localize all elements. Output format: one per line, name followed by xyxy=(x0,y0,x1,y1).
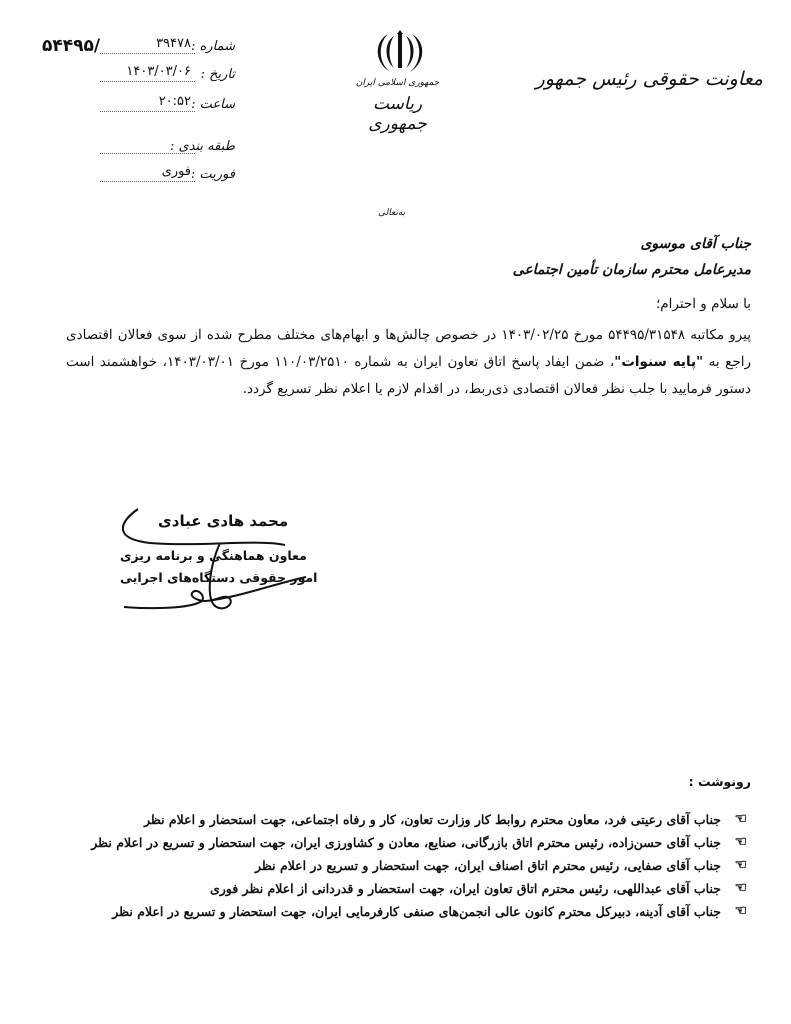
cc-list: ☜ جناب آقای رعیتی فرد، معاون محترم روابط… xyxy=(66,808,751,923)
cc-item: ☜ جناب آقای رعیتی فرد، معاون محترم روابط… xyxy=(66,808,751,831)
dotted-line xyxy=(100,53,195,54)
letter-body: پیرو مکاتبه ۵۴۴۹۵/۳۱۵۴۸ مورخ ۱۴۰۳/۰۲/۲۵ … xyxy=(66,322,751,403)
cc-item-text: جناب آقای صفایی، رئیس محترم اتاق اصناف ا… xyxy=(255,858,721,873)
addressee-name: جناب آقای موسوی xyxy=(640,236,751,252)
cc-item-text: جناب آقای آدینه، دبیرکل محترم کانون عالی… xyxy=(112,904,721,919)
cc-item: ☜ جناب آقای عبداللهی، رئیس محترم اتاق تع… xyxy=(66,877,751,900)
addressee-title: مدیرعامل محترم سازمان تأمین اجتماعی xyxy=(513,262,751,278)
meta-label: تاریخ : xyxy=(201,67,235,82)
emblem-caption-country: جمهوری اسلامی ایران xyxy=(350,78,445,88)
signatory-title-line1: معاون هماهنگی و برنامه ریزی xyxy=(120,548,307,563)
office-title: معاونت حقوقی رئیس جمهور xyxy=(536,68,763,90)
signatory-title-line2: امور حقوقی دستگاه‌های اجرایی xyxy=(120,570,317,585)
cc-item-text: جناب آقای حسن‌زاده، رئیس محترم اتاق بازر… xyxy=(91,835,721,850)
meta-label: شماره : xyxy=(191,39,235,54)
greeting: با سلام و احترام؛ xyxy=(656,296,751,312)
meta-time: ساعت : ۲۰:۵۲ xyxy=(100,92,235,114)
reference-number-suffix: ۵۴۴۹۵/ xyxy=(42,36,100,56)
meta-value: ۱۴۰۳/۰۳/۰۶ xyxy=(126,64,191,79)
cc-header: رونوشت : xyxy=(689,774,751,789)
dotted-line xyxy=(100,181,195,182)
hand-pointer-icon: ☜ xyxy=(734,900,747,923)
hand-pointer-icon: ☜ xyxy=(734,808,747,831)
meta-date: تاریخ : ۱۴۰۳/۰۳/۰۶ xyxy=(100,62,235,84)
cc-item: ☜ جناب آقای صفایی، رئیس محترم اتاق اصناف… xyxy=(66,854,751,877)
hand-pointer-icon: ☜ xyxy=(734,854,747,877)
cc-item-text: جناب آقای عبداللهی، رئیس محترم اتاق تعاو… xyxy=(210,881,721,896)
iran-emblem-icon xyxy=(370,28,430,74)
meta-value: فوری xyxy=(162,164,191,179)
meta-label: طبقه بندی : xyxy=(170,139,235,154)
meta-value: ۳۹۴۷۸ xyxy=(156,36,191,51)
dotted-line xyxy=(100,111,195,112)
hand-pointer-icon: ☜ xyxy=(734,831,747,854)
meta-label: ساعت : xyxy=(191,97,235,112)
meta-priority: فوریت : فوری xyxy=(100,162,235,184)
cc-item: ☜ جناب آقای حسن‌زاده، رئیس محترم اتاق با… xyxy=(66,831,751,854)
meta-classification: طبقه بندی : xyxy=(100,134,235,156)
dotted-line xyxy=(100,81,195,82)
meta-number: شماره : ۳۹۴۷۸ xyxy=(100,34,235,56)
hand-pointer-icon: ☜ xyxy=(734,877,747,900)
meta-value: ۲۰:۵۲ xyxy=(159,94,191,109)
cc-item: ☜ جناب آقای آدینه، دبیرکل محترم کانون عا… xyxy=(66,900,751,923)
signatory-name: محمد هادی عبادی xyxy=(158,512,288,530)
emblem-caption-presidency: ریاست جمهوری xyxy=(345,94,450,134)
meta-label: فوریت : xyxy=(191,167,235,182)
dotted-line xyxy=(100,153,195,154)
invocation: به‌تعالی xyxy=(378,208,405,218)
body-text-emphasis: "پایه سنوات" xyxy=(614,354,703,370)
cc-item-text: جناب آقای رعیتی فرد، معاون محترم روابط ک… xyxy=(144,812,721,827)
